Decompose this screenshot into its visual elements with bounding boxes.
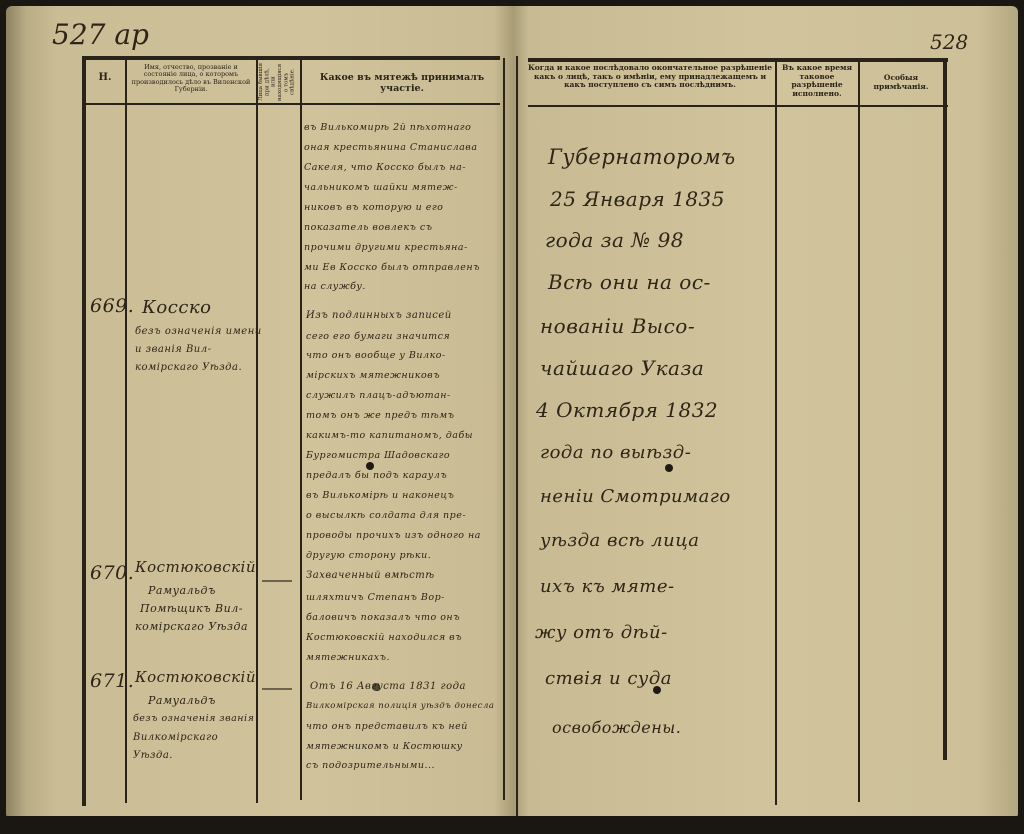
entry-name: Косско [142, 297, 212, 318]
part-line: на службу. [304, 281, 366, 292]
part-line: шляхтичъ Степанъ Вор- [306, 592, 445, 603]
part-line: съ подозрительными... [306, 760, 435, 771]
decision-line: уѣзда всѣ лица [540, 530, 700, 551]
part-line: ми Ев Косско былъ отправленъ [304, 262, 480, 273]
part-line: Бургомистра Шадовскаго [306, 450, 450, 461]
part-line: никовъ въ которую и его [304, 202, 443, 213]
ink-blot [366, 462, 374, 470]
entry-name: Костюковскій [135, 558, 256, 576]
header-notes: Особыя примѣчанія. [860, 74, 942, 91]
header-top-rule-right [528, 58, 948, 62]
entry-name-line: Вилкомірскаго [133, 732, 218, 743]
part-line: Отъ 16 Августа 1831 года [310, 681, 466, 692]
header-bottom-rule-right [528, 105, 948, 107]
part-line: въ Вилькомирѣ 2й пѣхотнаго [304, 122, 471, 133]
part-line: чальникомъ шайки мятеж- [304, 182, 458, 193]
decision-line: 25 Января 1835 [550, 187, 725, 211]
header-executed: Въ какое время таковое разрѣшеніе исполн… [777, 64, 857, 99]
entry-number: 671. [90, 670, 134, 692]
header-present: Лица бывшія при дѣлѣ, или находящіяся о … [258, 62, 298, 102]
part-line: Изъ подлинныхъ записей [306, 310, 452, 321]
entry-number: 669. [90, 295, 134, 317]
decision-line: освобождены. [552, 718, 681, 737]
part-line: показатель вовлекъ съ [304, 222, 433, 233]
decision-line: года за № 98 [545, 228, 684, 252]
header-number: Н. [86, 72, 124, 84]
entry-name-line: Помѣщикъ Вил- [140, 602, 243, 615]
right-table-left-border [516, 56, 518, 816]
decision-line: Всѣ они на ос- [548, 270, 711, 294]
entry-name: Костюковскій [135, 668, 256, 686]
part-line: проводы прочихъ изъ одного на [306, 530, 481, 541]
part-line: мятежникомъ и Костюшку [306, 741, 463, 752]
part-line: предалъ бы подъ караулъ [306, 470, 447, 481]
entry-name-line: комірскаго Уѣзда [135, 620, 248, 633]
row-separator [262, 580, 292, 582]
part-line: Вилкомірская полиція уѣздъ донесла [306, 701, 494, 711]
col-divider-3 [300, 58, 302, 800]
part-line: мірскихъ мятежниковъ [306, 370, 440, 381]
decision-line: Губернаторомъ [548, 145, 736, 169]
decision-line: ствія и суда [545, 668, 672, 689]
header-part: Какое въ мятежѣ принималъ участіе. [304, 73, 500, 95]
entry-name-line: Рамуальдъ [148, 584, 216, 597]
header-decision: Когда и какое послѣдовало окончательное … [526, 64, 774, 90]
decision-line: ихъ къ мяте- [540, 576, 675, 597]
book-spread: 527 ap 528 Н. Имя, отчество, прозваніе и… [0, 0, 1024, 834]
entry-name-line: и званія Вил- [135, 344, 211, 355]
header-bottom-rule [86, 103, 500, 105]
left-folio-number: 527 ap [52, 18, 149, 51]
decision-line: чайшаго Указа [540, 356, 704, 380]
header-name: Имя, отчество, прозваніе и состояніе лиц… [128, 64, 254, 94]
row-separator [262, 688, 292, 690]
part-line: оная крестьянина Станислава [304, 142, 477, 153]
decision-line: жу отъ дѣй- [535, 622, 668, 643]
decision-line: нованіи Высо- [540, 314, 695, 338]
part-line: Сакеля, что Косско былъ на- [304, 162, 466, 173]
part-line: другую сторону рѣки. [306, 550, 431, 561]
part-line: въ Вилькомірѣ и наконецъ [306, 490, 454, 501]
part-line: томъ онъ же предъ тѣмъ [306, 410, 455, 421]
col-divider-right-2 [858, 62, 860, 802]
decision-line: года по выѣзд- [540, 442, 691, 463]
entry-name-line: Рамуальдъ [148, 694, 216, 707]
col-divider-right-1 [775, 62, 777, 805]
part-line: что онъ вообще у Вилко- [306, 350, 446, 361]
part-line: мятежникахъ. [306, 652, 390, 663]
decision-line: неніи Смотримаго [540, 486, 731, 507]
part-line: Захваченный вмѣстѣ [306, 570, 435, 581]
entry-name-line: комірскаго Уѣзда. [135, 362, 242, 373]
part-line: служилъ плацъ-адъютан- [306, 390, 451, 401]
entry-name-line: безъ означенія имени [135, 326, 262, 337]
part-line: баловичъ показалъ что онъ [306, 612, 460, 623]
header-top-rule [86, 56, 500, 60]
part-line: что онъ представилъ къ ней [306, 721, 468, 732]
col-divider-4 [503, 58, 505, 800]
part-line: Костюковскій находился въ [306, 632, 462, 643]
entry-number: 670. [90, 562, 134, 584]
decision-line: 4 Октября 1832 [536, 398, 718, 422]
part-line: сего его бумаги значится [306, 331, 450, 342]
part-line: какимъ-то капитаномъ, дабы [306, 430, 473, 441]
left-table-border [82, 56, 86, 806]
part-line: о высылкѣ солдата для пре- [306, 510, 466, 521]
ink-blot [372, 683, 380, 691]
ink-blot [665, 464, 673, 472]
book-shadow [0, 816, 1024, 834]
right-table-border [943, 58, 947, 760]
part-line: прочими другими крестьяна- [304, 242, 468, 253]
entry-name-line: Уѣзда. [133, 750, 173, 761]
right-folio-number: 528 [930, 30, 968, 54]
col-divider-2 [256, 58, 258, 803]
ink-blot [653, 686, 661, 694]
entry-name-line: безъ означенія званія [133, 713, 254, 724]
